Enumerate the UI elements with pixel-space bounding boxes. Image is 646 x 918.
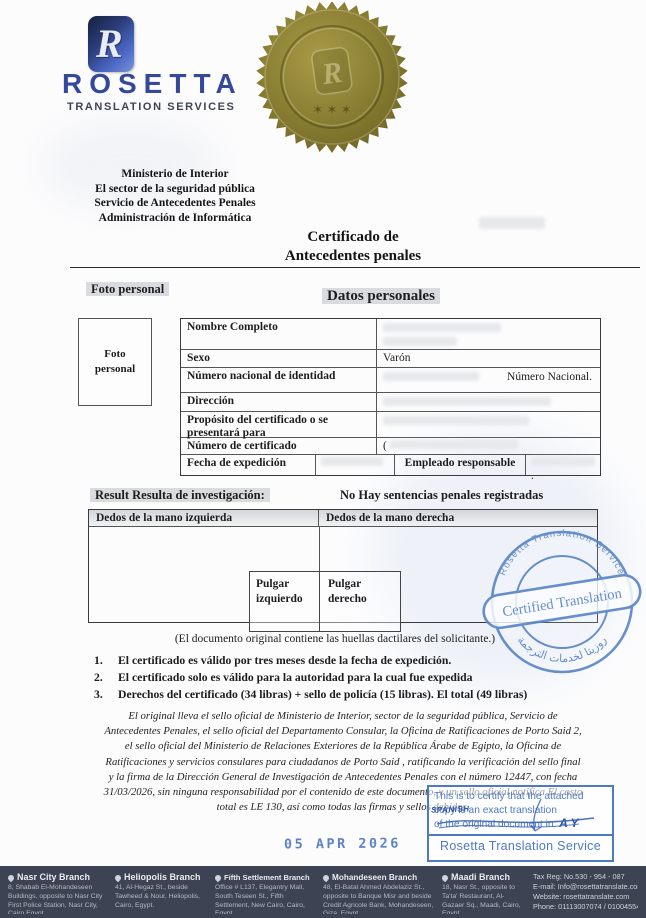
map-pin-icon (115, 873, 122, 881)
numero-nacional-note: Número Nacional. (507, 371, 592, 384)
thumb-print-box: Pulgar izquierdo Pulgar derecho (249, 571, 401, 632)
email: E-mail: Info@rosettatranslate.com (533, 882, 638, 892)
value-suffix: . (531, 470, 534, 482)
brand-name: ROSETTA (62, 68, 282, 100)
cert-stamp-footer: Rosetta Translation Service (429, 834, 612, 855)
redacted-value (383, 416, 529, 425)
table-row-numero-certificado: Número de certificado ( (181, 438, 600, 455)
table-row-proposito: Propósito del certificado o se presentar… (181, 412, 600, 438)
result-value: No Hay sentencias penales registradas (340, 488, 543, 503)
handwritten-language: SPANISH (431, 804, 470, 814)
result-label: Result Resulta de investigación: (90, 488, 270, 503)
ministry-line: Servicio de Antecedentes Penales (86, 196, 264, 211)
branches-footer: Nasr City Branch 8, Shabab El-Mohandesee… (0, 866, 646, 918)
table-row-sexo: Sexo Varón (181, 350, 600, 368)
tax-reg: Tax Reg: No.530 - 954 - 087 (533, 872, 638, 882)
title-divider (70, 267, 640, 268)
website: Website: rosettatranslate.com (533, 892, 638, 902)
redacted-value (321, 457, 383, 466)
redacted-reference-number (479, 217, 545, 229)
personal-data-heading: Datos personales (322, 288, 440, 305)
photo-placeholder-box: Foto personal (78, 318, 152, 406)
branch-column: Fifth Settlement Branch Office # L137, E… (215, 872, 316, 914)
right-hand-header: Dedos de la mano derecha (319, 510, 461, 526)
scanned-certificate-page: R ROSETTA TRANSLATION SERVICES R ✶ ✶ ✶ (0, 0, 646, 918)
branch-column: Heliopolis Branch 41, Al-Hegaz St., besi… (115, 872, 208, 914)
seal-stars: ✶ ✶ ✶ (312, 102, 351, 117)
certified-translation-round-stamp-icon: Rosetta Translation Service روزيتا لخدما… (481, 524, 643, 682)
redacted-value (383, 397, 551, 406)
redacted-value (383, 323, 501, 332)
ministry-header: Ministerio de Interior El sector de la s… (86, 167, 264, 225)
table-row-numero-nacional: Número nacional de identidad Número Naci… (181, 368, 600, 393)
map-pin-icon (8, 873, 15, 881)
personal-data-table: Nombre Completo Sexo Varón Número nacion… (180, 318, 601, 476)
left-thumb-label: Pulgar izquierdo (250, 572, 320, 631)
brand-tagline: TRANSLATION SERVICES (67, 101, 236, 113)
handwritten-fill: A Y (559, 816, 578, 830)
phone: Phone: 01113007074 / 01004554331 (533, 902, 638, 912)
cert-stamp-line: of the original document in: A Y (434, 817, 607, 832)
redacted-value (531, 457, 595, 466)
rosetta-logo-icon: R (88, 16, 134, 72)
empleado-responsable-label: Empleado responsable (394, 455, 526, 475)
right-thumb-label: Pulgar derecho (320, 572, 400, 631)
table-row-fecha: Fecha de expedición Empleado responsable… (181, 455, 600, 475)
table-row-direccion: Dirección (181, 393, 600, 412)
list-item: 3. Derechos del certificado (34 libras) … (94, 686, 594, 703)
contact-column: Tax Reg: No.530 - 954 - 087 E-mail: Info… (533, 872, 638, 914)
photo-section-heading: Foto personal (86, 282, 169, 297)
redacted-value (390, 440, 518, 449)
gold-notary-seal-icon: R ✶ ✶ ✶ (252, 2, 412, 154)
branch-column: Mohandeseen Branch 48, El-Batal Ahmed Ab… (323, 872, 435, 914)
value-prefix: ( (383, 440, 387, 452)
map-pin-icon (442, 873, 449, 881)
redacted-value (383, 372, 479, 381)
date-stamp: 05 APR 2026 (284, 835, 401, 852)
branch-column: Nasr City Branch 8, Shabab El-Mohandesee… (8, 872, 108, 914)
table-row-nombre: Nombre Completo (181, 319, 600, 350)
ministry-line: Administración de Informática (86, 211, 264, 226)
left-hand-header: Dedos de la mano izquierda (89, 510, 319, 526)
ministry-line: El sector de la seguridad pública (86, 182, 264, 197)
ministry-line: Ministerio de Interior (86, 167, 264, 182)
redacted-value (383, 337, 457, 346)
branch-column: Maadi Branch 18, Nasr St., opposite to T… (442, 872, 526, 914)
map-pin-icon (215, 873, 222, 881)
certification-box-stamp: This is to certify that the attached cop… (427, 785, 614, 862)
logo-initial: R (96, 20, 123, 67)
cert-stamp-line: This is to certify that the attached (434, 790, 607, 804)
document-title: Certificado de Antecedentes penales (223, 228, 483, 266)
map-pin-icon (323, 873, 330, 881)
